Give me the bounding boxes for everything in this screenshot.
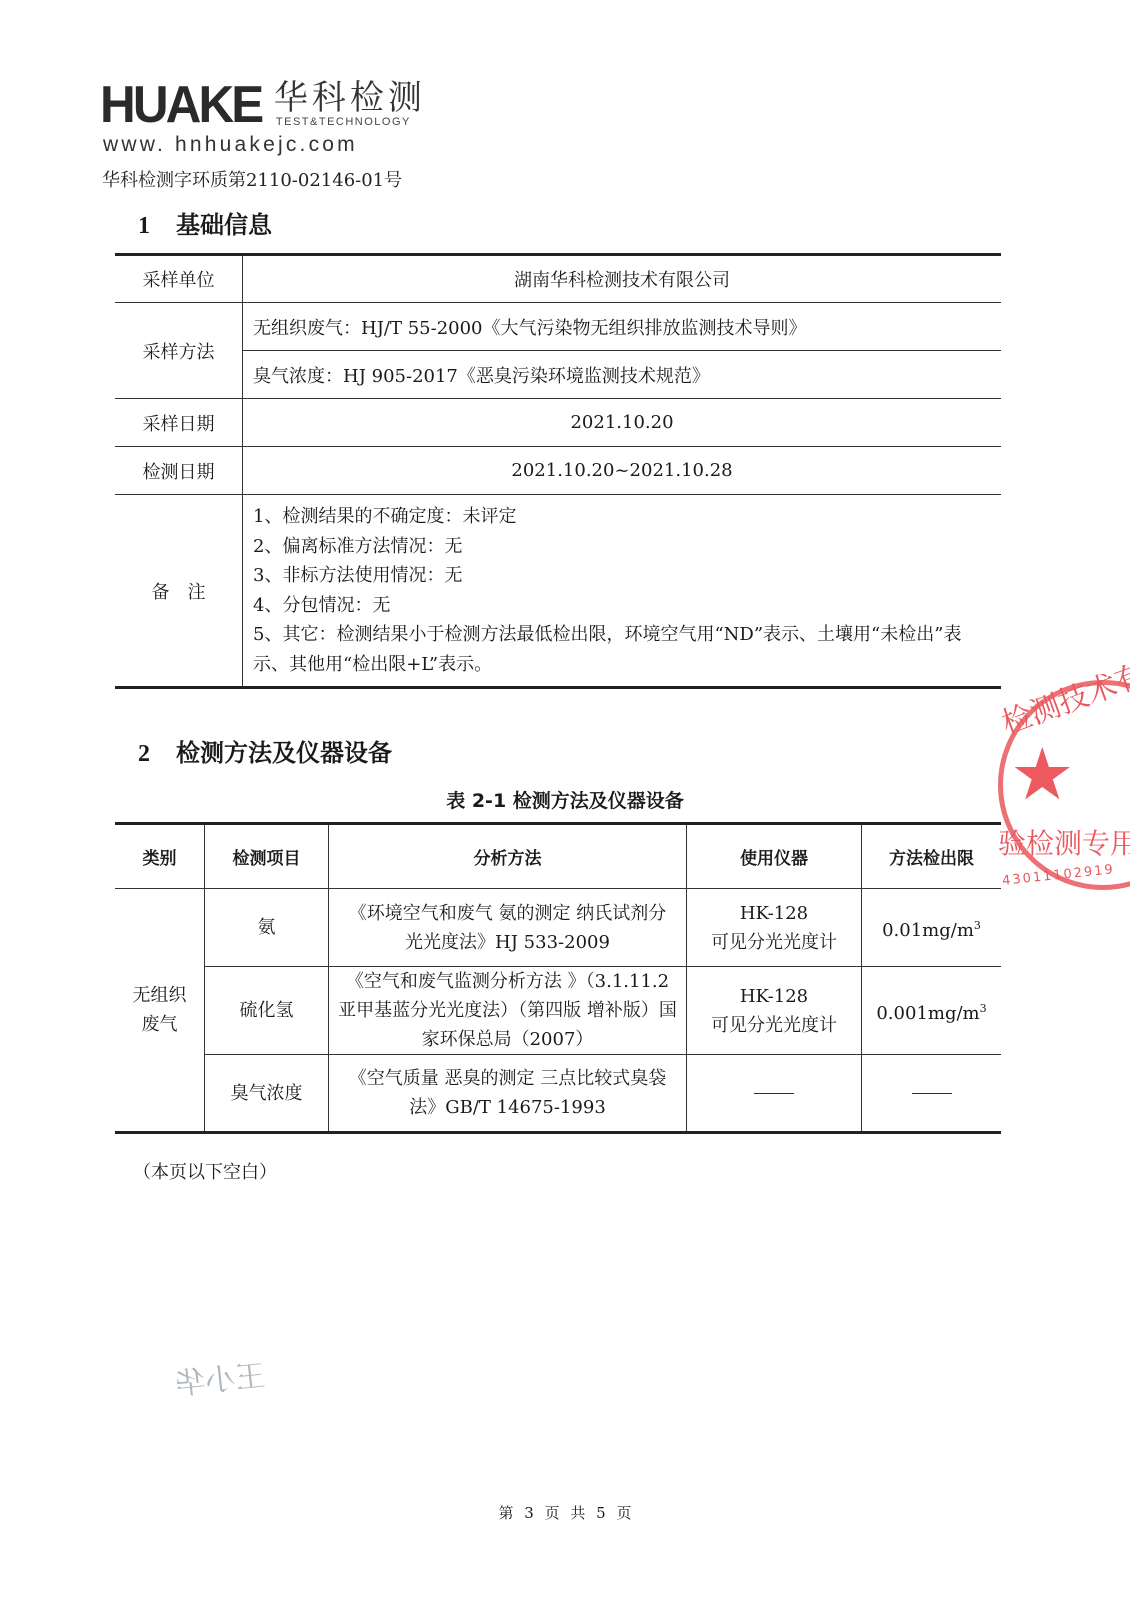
column-header: 方法检出限 (862, 824, 1002, 889)
limit-unit-superscript: 3 (980, 1002, 987, 1015)
remark-item: 4、分包情况：无 (253, 591, 993, 621)
limit-cell: 0.001mg/m3 (862, 967, 1002, 1055)
limit-unit-superscript: 3 (974, 919, 981, 932)
section-2-title: 检测方法及仪器设备 (176, 739, 392, 767)
category-cell: 无组织废气 (115, 889, 205, 1133)
sampling-method-value-1: 无组织废气：HJ/T 55-2000《大气污染物无组织排放监测技术导则》 (243, 303, 1002, 351)
table-row: 臭气浓度 《空气质量 恶臭的测定 三点比较式臭袋法》GB/T 14675-199… (115, 1055, 1001, 1133)
basic-info-table: 采样单位 湖南华科检测技术有限公司 采样方法 无组织废气：HJ/T 55-200… (115, 253, 1001, 689)
sampling-date-label: 采样日期 (115, 399, 243, 447)
sampling-method-value-2: 臭气浓度：HJ 905-2017《恶臭污染环境监测技术规范》 (243, 351, 1002, 399)
limit-cell: 0.01mg/m3 (862, 889, 1002, 967)
logo-english-tagline: TEST&TECHNOLOGY (276, 116, 426, 128)
testing-date-value: 2021.10.20~2021.10.28 (243, 447, 1002, 495)
company-logo: HUAKE 华科检测 TEST&TECHNOLOGY (100, 80, 426, 128)
seal-star-icon: ★ (1010, 738, 1075, 810)
remarks-list: 1、检测结果的不确定度：未评定 2、偏离标准方法情况：无 3、非标方法使用情况：… (243, 495, 1002, 688)
seal-bottom-text: 验检测专用 (998, 822, 1130, 862)
remarks-label: 备 注 (115, 495, 243, 688)
section-1-heading: 1基础信息 (138, 205, 272, 240)
instrument-name: 可见分光光度计 (687, 928, 861, 957)
table-row: 采样单位 湖南华科检测技术有限公司 (115, 255, 1001, 303)
table-caption: 表 2-1 检测方法及仪器设备 (0, 786, 1130, 813)
table-row: 备 注 1、检测结果的不确定度：未评定 2、偏离标准方法情况：无 3、非标方法使… (115, 495, 1001, 688)
remark-item: 2、偏离标准方法情况：无 (253, 532, 993, 562)
column-header: 使用仪器 (687, 824, 862, 889)
method-cell: 《空气和废气监测分析方法 》（3.1.11.2 亚甲基蓝分光光度法）（第四版 增… (329, 967, 687, 1055)
limit-value: 0.001mg/m (876, 1003, 979, 1024)
blank-page-note: （本页以下空白） (133, 1158, 277, 1184)
remark-item: 5、其它：检测结果小于检测方法最低检出限，环境空气用“ND”表示、土壤用“未检出… (253, 620, 993, 679)
section-2-heading: 2检测方法及仪器设备 (138, 733, 392, 768)
method-cell: 《空气质量 恶臭的测定 三点比较式臭袋法》GB/T 14675-1993 (329, 1055, 687, 1133)
instrument-cell: HK-128 可见分光光度计 (687, 967, 862, 1055)
table-row: 无组织废气 氨 《环境空气和废气 氨的测定 纳氏试剂分光光度法》HJ 533-2… (115, 889, 1001, 967)
item-cell: 臭气浓度 (205, 1055, 329, 1133)
limit-cell (862, 1055, 1002, 1133)
instrument-cell (687, 1055, 862, 1133)
instrument-cell: HK-128 可见分光光度计 (687, 889, 862, 967)
instrument-name: 可见分光光度计 (687, 1011, 861, 1040)
empty-dash (754, 1093, 794, 1094)
column-header: 检测项目 (205, 824, 329, 889)
report-number: 华科检测字环质第2110-02146-01号 (102, 166, 402, 192)
logo-chinese-name: 华科检测 (274, 80, 426, 116)
sampling-unit-value: 湖南华科检测技术有限公司 (243, 255, 1002, 303)
sampling-method-label: 采样方法 (115, 303, 243, 399)
instrument-model: HK-128 (687, 899, 861, 928)
company-website: www. hnhuakejc.com (103, 133, 358, 157)
remark-item: 1、检测结果的不确定度：未评定 (253, 502, 993, 532)
limit-value: 0.01mg/m (882, 920, 974, 941)
sampling-unit-label: 采样单位 (115, 255, 243, 303)
handwritten-signature: 王小华 (173, 1350, 267, 1403)
item-cell: 氨 (205, 889, 329, 967)
testing-date-label: 检测日期 (115, 447, 243, 495)
section-2-number: 2 (138, 741, 176, 768)
table-row: 检测日期 2021.10.20~2021.10.28 (115, 447, 1001, 495)
empty-dash (912, 1093, 952, 1094)
method-cell: 《环境空气和废气 氨的测定 纳氏试剂分光光度法》HJ 533-2009 (329, 889, 687, 967)
sampling-date-value: 2021.10.20 (243, 399, 1002, 447)
table-row: 采样方法 无组织废气：HJ/T 55-2000《大气污染物无组织排放监测技术导则… (115, 303, 1001, 351)
column-header: 分析方法 (329, 824, 687, 889)
table-row: 硫化氢 《空气和废气监测分析方法 》（3.1.11.2 亚甲基蓝分光光度法）（第… (115, 967, 1001, 1055)
section-1-number: 1 (138, 213, 176, 240)
section-1-title: 基础信息 (176, 211, 272, 239)
methods-instruments-table: 类别 检测项目 分析方法 使用仪器 方法检出限 无组织废气 氨 《环境空气和废气… (115, 822, 1001, 1134)
logo-mark: HUAKE (100, 82, 261, 128)
table-header-row: 类别 检测项目 分析方法 使用仪器 方法检出限 (115, 824, 1001, 889)
table-row: 采样日期 2021.10.20 (115, 399, 1001, 447)
remark-item: 3、非标方法使用情况：无 (253, 561, 993, 591)
table-row: 臭气浓度：HJ 905-2017《恶臭污染环境监测技术规范》 (115, 351, 1001, 399)
instrument-model: HK-128 (687, 982, 861, 1011)
item-cell: 硫化氢 (205, 967, 329, 1055)
column-header: 类别 (115, 824, 205, 889)
page-number: 第 3 页 共 5 页 (0, 1502, 1130, 1523)
